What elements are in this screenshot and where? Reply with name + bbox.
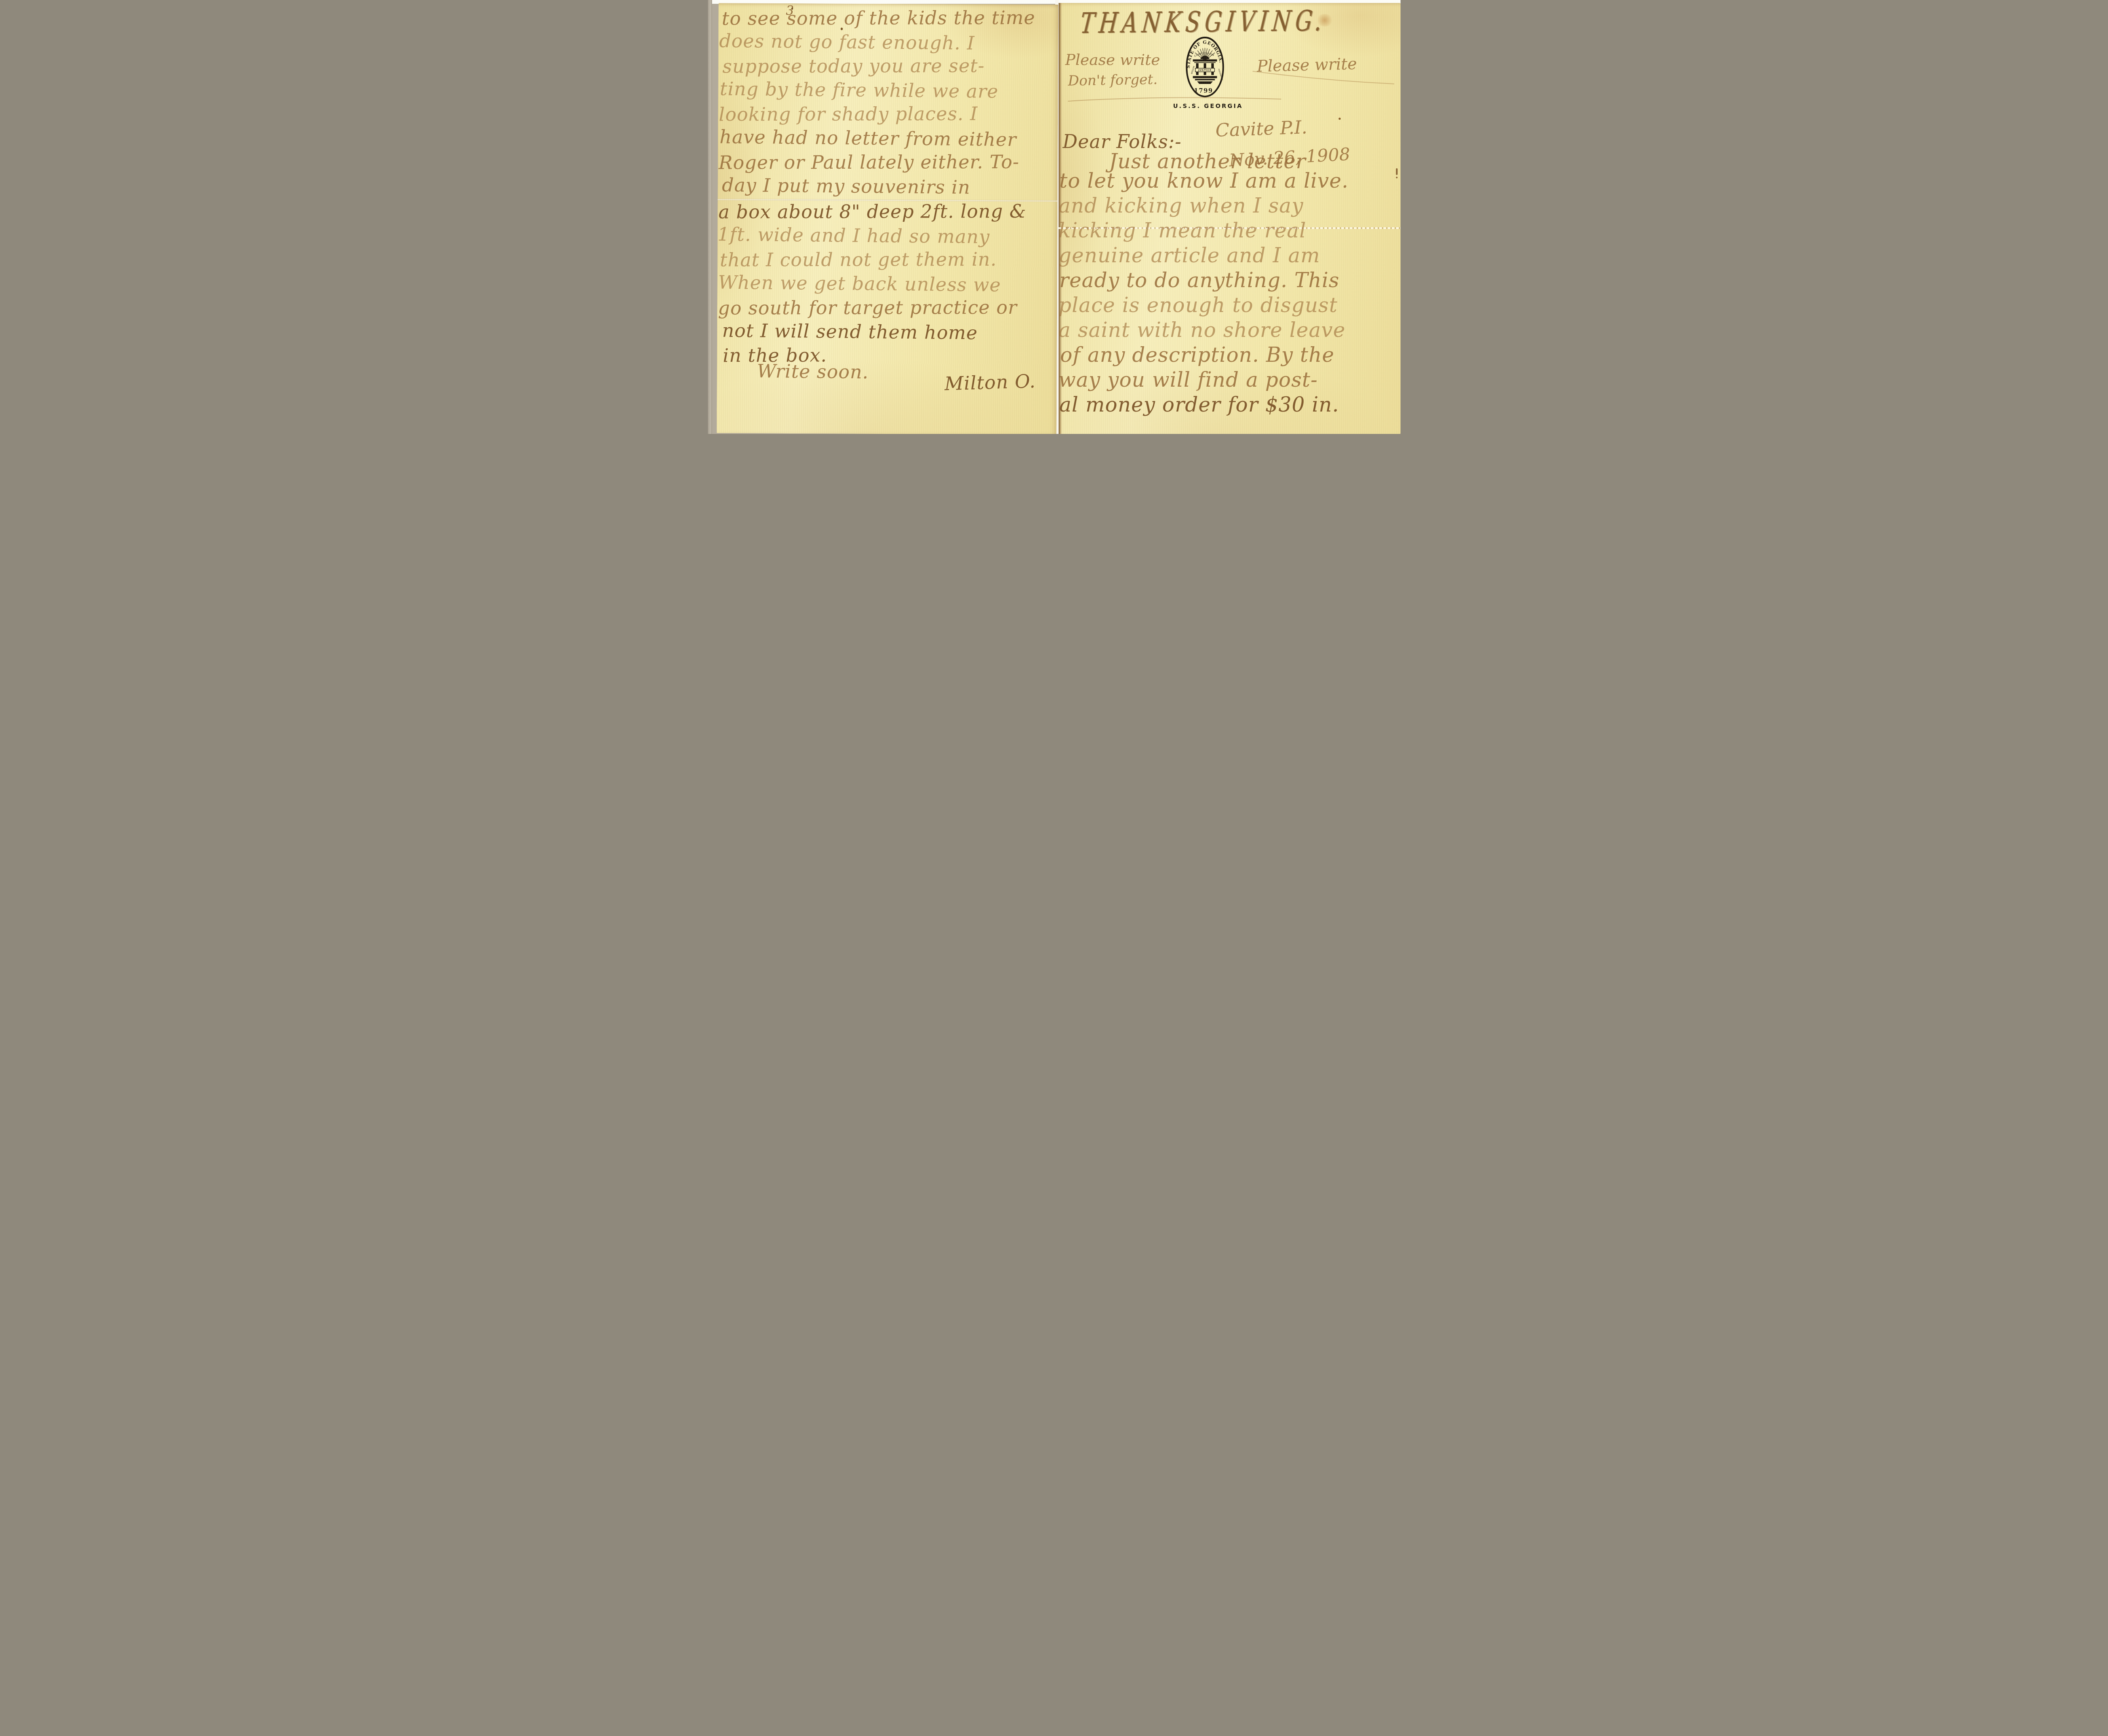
handwriting-line: suppose today you are set- xyxy=(722,57,984,76)
letter-page-left: 3 to see some of the kids the time does … xyxy=(716,3,1058,434)
letter-page-right: THANKSGIVING. Please write Don't forget.… xyxy=(1059,3,1401,434)
handwriting-line: a box about 8" deep 2ft. long & xyxy=(718,202,1026,222)
seal-banner-left: WISDOM xyxy=(1190,66,1195,75)
note-please-write-right: Please write xyxy=(1256,56,1357,74)
handwriting-line: ready to do anything. This xyxy=(1059,270,1340,291)
seal-banner-center: JUSTICE xyxy=(1198,69,1212,72)
salutation: Dear Folks:- xyxy=(1063,133,1182,151)
ink-speck xyxy=(1339,118,1341,120)
state-of-georgia-seal-icon: STATE OF GEORGIA. CONSTITUTION xyxy=(1180,34,1230,102)
handwriting-line: genuine article and I am xyxy=(1059,245,1320,266)
handwriting-line: a saint with no shore leave xyxy=(1059,320,1346,340)
handwriting-line: not I will send them home xyxy=(722,322,978,343)
handwriting-line: have had no letter from either xyxy=(719,128,1016,149)
place-line: Cavite P.I. xyxy=(1215,118,1307,140)
ink-blot xyxy=(1396,168,1398,175)
handwriting-line: to see some of the kids the time xyxy=(722,9,1035,28)
signature: Milton O. xyxy=(944,372,1035,394)
ink-speck xyxy=(791,8,793,10)
handwriting-line: day I put my souvenirs in xyxy=(722,176,970,197)
letter-scan: 3 to see some of the kids the time does … xyxy=(708,0,1401,434)
handwriting-line: and kicking when I say xyxy=(1059,196,1304,216)
handwriting-line: that I could not get them in. xyxy=(720,250,997,270)
handwriting-line: to let you know I am a live. xyxy=(1059,171,1349,191)
handwriting-line: ting by the fire while we are xyxy=(720,80,998,101)
uss-georgia-seal: STATE OF GEORGIA. CONSTITUTION xyxy=(1173,34,1237,110)
rust-stain xyxy=(1316,14,1334,27)
handwriting-line: 1ft. wide and I had so many xyxy=(717,226,989,247)
handwriting-line: go south for target practice or xyxy=(718,299,1017,318)
seal-year: 1799. xyxy=(1194,88,1216,94)
handwriting-line: kicking I mean the real xyxy=(1059,221,1307,241)
closing-line: Write soon. xyxy=(757,362,868,382)
handwriting-line: Just another letter xyxy=(1109,151,1306,172)
handwriting-line: looking for shady places. I xyxy=(719,105,978,124)
seal-caption: U.S.S. GEORGIA xyxy=(1173,103,1237,110)
handwriting-line: When we get back unless we xyxy=(718,273,1001,294)
note-please-write-left: Please write xyxy=(1065,53,1160,68)
handwriting-line: al money order for $30 in. xyxy=(1059,395,1339,415)
handwriting-line: way you will find a post- xyxy=(1059,370,1318,390)
ink-speck xyxy=(840,28,842,30)
handwriting-line: of any description. By the xyxy=(1060,345,1335,365)
handwriting-line: does not go fast enough. I xyxy=(719,32,975,53)
handwriting-line: Roger or Paul lately either. To- xyxy=(718,153,1019,172)
handwriting-line: place is enough to disgust xyxy=(1059,295,1338,315)
note-dont-forget: Don't forget. xyxy=(1067,72,1157,88)
scanner-bed-strip xyxy=(708,0,712,434)
